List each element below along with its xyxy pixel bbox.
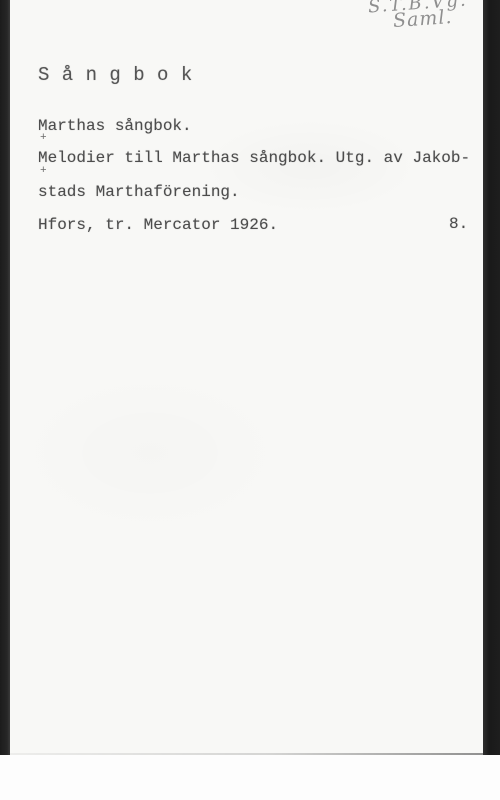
scan-area: S.T.B.Vg. Saml. S å n g b o k Marthas så… [0, 0, 500, 755]
card-description-line-1: Melodier till Marthas sångbok. Utg. av J… [38, 150, 470, 166]
filing-mark-under-description: + [40, 166, 47, 177]
scanned-catalog-card-page: S.T.B.Vg. Saml. S å n g b o k Marthas så… [0, 0, 500, 800]
filing-mark-under-title: + [40, 133, 47, 144]
handwritten-collection-label: Saml. [392, 6, 453, 32]
card-title-line: Marthas sångbok. [38, 118, 192, 134]
card-heading: S å n g b o k [38, 66, 193, 85]
card-description-line-2: stads Marthaförening. [38, 184, 240, 200]
format-number: 8. [449, 216, 468, 232]
card-imprint-line: Hfors, tr. Mercator 1926. [38, 217, 278, 233]
scan-border-left [0, 0, 10, 755]
scan-bottom-edge [10, 753, 483, 755]
scan-border-right [483, 0, 500, 755]
